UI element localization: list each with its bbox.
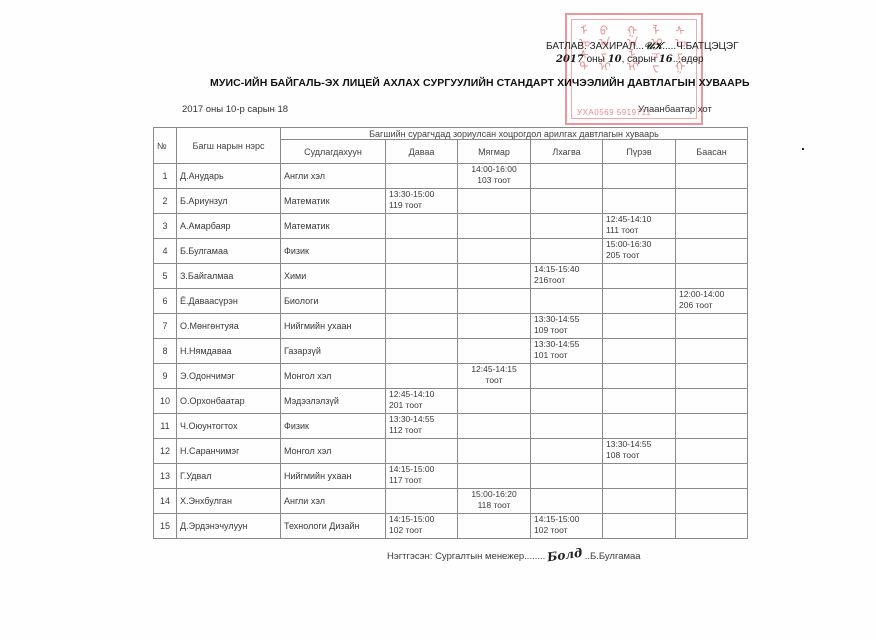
row-number: 14 [154, 489, 177, 514]
schedule-slot [458, 439, 531, 464]
subject-name: Нийгмийн ухаан [281, 314, 386, 339]
manager-signature: Болд [546, 546, 583, 565]
teacher-name: Ч.Оюунтогтох [177, 414, 281, 439]
schedule-slot [386, 289, 458, 314]
schedule-slot [386, 264, 458, 289]
schedule-slot: 13:30-14:55112 тоот [386, 414, 458, 439]
schedule-slot [603, 164, 676, 189]
slot-room: 102 тоот [389, 525, 454, 536]
teacher-name: Б.Булгамаа [177, 239, 281, 264]
table-row: 10О.ОрхонбаатарМэдээлэлзүй12:45-14:10201… [154, 389, 748, 414]
schedule-slot [386, 239, 458, 264]
schedule-slot [458, 264, 531, 289]
slot-time: 12:45-14:10 [606, 214, 672, 225]
compiled-by-label: Нэгтгэсэн: Сургалтын менежер [387, 551, 524, 562]
document-date: 2017 оны 10-р сарын 18 [182, 104, 288, 115]
schedule-slot [531, 189, 603, 214]
teacher-name: Н.Нямдаваа [177, 339, 281, 364]
schedule-slot [386, 364, 458, 389]
row-number: 15 [154, 514, 177, 539]
teacher-name: Б.Ариунзул [177, 189, 281, 214]
row-number: 4 [154, 239, 177, 264]
principal-name: Ч.БАТЦЭЦЭГ [676, 41, 738, 52]
schedule-slot: 13:30-14:55101 тоот [531, 339, 603, 364]
row-number: 13 [154, 464, 177, 489]
schedule-slot [458, 289, 531, 314]
schedule-slot [386, 339, 458, 364]
schedule-slot [386, 164, 458, 189]
schedule-slot: 14:15-15:00102 тоот [531, 514, 603, 539]
schedule-slot: 14:15-15:40216тоот [531, 264, 603, 289]
schedule-slot [458, 214, 531, 239]
schedule-slot [676, 389, 748, 414]
schedule-slot [603, 339, 676, 364]
row-number: 7 [154, 314, 177, 339]
schedule-slot [458, 389, 531, 414]
subject-name: Математик [281, 214, 386, 239]
slot-time: 13:30-15:00 [389, 189, 454, 200]
subject-name: Нийгмийн ухаан [281, 464, 386, 489]
schedule-slot [531, 439, 603, 464]
slot-room: 112 тоот [389, 425, 454, 436]
slot-room: 102 тоот [534, 525, 599, 536]
slot-time: 14:15-15:40 [534, 264, 599, 275]
schedule-slot [458, 339, 531, 364]
subject-name: Газарзүй [281, 339, 386, 364]
schedule-slot: 12:45-14:10111 тоот [603, 214, 676, 239]
subject-name: Монгол хэл [281, 439, 386, 464]
approval-date: 2017 оны 10, сарын 16...өдөр [556, 54, 704, 65]
schedule-slot [531, 164, 603, 189]
schedule-slot [676, 264, 748, 289]
subject-name: Хими [281, 264, 386, 289]
header-day-monday: Даваа [386, 140, 458, 164]
schedule-slot: 14:00-16:00103 тоот [458, 164, 531, 189]
table-row: 1Д.АнударьАнгли хэл14:00-16:00103 тоот [154, 164, 748, 189]
slot-time: 12:45-14:10 [389, 389, 454, 400]
table-row: 14Х.ЭнхбулганАнгли хэл15:00-16:20118 тоо… [154, 489, 748, 514]
row-number: 12 [154, 439, 177, 464]
row-number: 6 [154, 289, 177, 314]
row-number: 8 [154, 339, 177, 364]
table-row: 5З.БайгалмааХими14:15-15:40216тоот [154, 264, 748, 289]
schedule-slot: 12:45-14:10201 тоот [386, 389, 458, 414]
table-row: 11Ч.ОюунтогтохФизик13:30-14:55112 тоот [154, 414, 748, 439]
schedule-slot [603, 314, 676, 339]
schedule-slot [676, 439, 748, 464]
schedule-slot [531, 214, 603, 239]
table-row: 8Н.НямдавааГазарзүй13:30-14:55101 тоот [154, 339, 748, 364]
subject-name: Технологи Дизайн [281, 514, 386, 539]
approval-year-label: оны [587, 54, 605, 65]
schedule-slot: 14:15-15:00102 тоот [386, 514, 458, 539]
slot-room: 109 тоот [534, 325, 599, 336]
schedule-slot [531, 239, 603, 264]
slot-time: 14:15-15:00 [389, 464, 454, 475]
schedule-slot [603, 289, 676, 314]
header-day-wednesday: Лхагва [531, 140, 603, 164]
slot-room: 216тоот [534, 275, 599, 286]
schedule-slot [676, 489, 748, 514]
approval-year: 2017 [556, 54, 584, 65]
approval-month: 10 [608, 54, 622, 65]
subject-name: Физик [281, 239, 386, 264]
teacher-name: Ё.Даваасүрэн [177, 289, 281, 314]
schedule-slot: 14:15-15:00117 тоот [386, 464, 458, 489]
schedule-slot [676, 514, 748, 539]
teacher-name: Д.Эрдэнэчулуун [177, 514, 281, 539]
table-row: 9Э.ОдончимэгМонгол хэл12:45-14:15тоот [154, 364, 748, 389]
compiled-by-line: Нэгтгэсэн: Сургалтын менежер........Болд… [387, 548, 641, 562]
schedule-slot [531, 289, 603, 314]
schedule-slot [603, 389, 676, 414]
schedule-slot [458, 239, 531, 264]
row-number: 1 [154, 164, 177, 189]
slot-room: 117 тоот [389, 475, 454, 486]
slot-time: 14:15-15:00 [534, 514, 599, 525]
schedule-slot [676, 239, 748, 264]
slot-room: 103 тоот [461, 175, 527, 186]
slot-room: 206 тоот [679, 300, 744, 311]
table-row: 15Д.ЭрдэнэчулуунТехнологи Дизайн14:15-15… [154, 514, 748, 539]
schedule-slot [531, 364, 603, 389]
teacher-name: Х.Энхбулган [177, 489, 281, 514]
schedule-slot [531, 489, 603, 514]
slot-time: 13:30-14:55 [534, 339, 599, 350]
table-row: 6Ё.ДаваасүрэнБиологи12:00-14:00206 тоот [154, 289, 748, 314]
schedule-slot [676, 214, 748, 239]
subject-name: Англи хэл [281, 164, 386, 189]
table-row: 4Б.БулгамааФизик15:00-16:30205 тоот [154, 239, 748, 264]
schedule-slot: 13:30-14:55109 тоот [531, 314, 603, 339]
teacher-name: Д.Анударь [177, 164, 281, 189]
slot-time: 14:00-16:00 [461, 164, 527, 175]
table-row: 12Н.СаранчимэгМонгол хэл13:30-14:55108 т… [154, 439, 748, 464]
slot-room: тоот [461, 375, 527, 386]
row-number: 3 [154, 214, 177, 239]
schedule-slot [386, 439, 458, 464]
schedule-slot [603, 489, 676, 514]
schedule-slot [458, 464, 531, 489]
approval-day-label: өдөр [681, 54, 704, 65]
row-number: 11 [154, 414, 177, 439]
principal-signature: 𝒰𝒦 [644, 41, 662, 52]
teacher-name: А.Амарбаяр [177, 214, 281, 239]
slot-room: 201 тоот [389, 400, 454, 411]
schedule-slot: 15:00-16:20118 тоот [458, 489, 531, 514]
schedule-slot [676, 314, 748, 339]
slot-time: 13:30-14:55 [534, 314, 599, 325]
header-subject: Судлагдахуун [281, 140, 386, 164]
row-number: 2 [154, 189, 177, 214]
row-number: 5 [154, 264, 177, 289]
slot-room: 119 тоот [389, 200, 454, 211]
schedule-slot [603, 189, 676, 214]
schedule-slot [676, 164, 748, 189]
subject-name: Биологи [281, 289, 386, 314]
slot-room: 205 тоот [606, 250, 672, 261]
approval-line: БАТЛАВ. ЗАХИРАЛ...𝒰𝒦.....Ч.БАТЦЭЦЭГ [546, 41, 739, 52]
table-row: 2Б.АриунзулМатематик13:30-15:00119 тоот [154, 189, 748, 214]
schedule-body: 1Д.АнударьАнгли хэл14:00-16:00103 тоот2Б… [154, 164, 748, 539]
schedule-slot [531, 464, 603, 489]
schedule-slot [386, 214, 458, 239]
subject-name: Математик [281, 189, 386, 214]
slot-time: 15:00-16:20 [461, 489, 527, 500]
teacher-name: Н.Саранчимэг [177, 439, 281, 464]
table-row: 7О.МөнгөнтуяаНийгмийн ухаан13:30-14:5510… [154, 314, 748, 339]
slot-time: 13:30-14:55 [389, 414, 454, 425]
schedule-slot [458, 314, 531, 339]
schedule-slot [603, 414, 676, 439]
teacher-name: Э.Одончимэг [177, 364, 281, 389]
subject-name: Физик [281, 414, 386, 439]
header-teacher: Багш нарын нэрс [177, 128, 281, 164]
subject-name: Монгол хэл [281, 364, 386, 389]
schedule-slot [676, 464, 748, 489]
schedule-slot: 13:30-15:00119 тоот [386, 189, 458, 214]
row-number: 10 [154, 389, 177, 414]
schedule-slot [386, 314, 458, 339]
schedule-slot: 12:45-14:15тоот [458, 364, 531, 389]
header-day-thursday: Пүрэв [603, 140, 676, 164]
schedule-slot [603, 364, 676, 389]
schedule-slot: 15:00-16:30205 тоот [603, 239, 676, 264]
header-group: Багшийн сурагчдад зориулсан хоцрогдол ар… [281, 128, 748, 140]
schedule-table: № Багш нарын нэрс Багшийн сурагчдад зори… [153, 127, 748, 539]
slot-room: 118 тоот [461, 500, 527, 511]
schedule-slot: 12:00-14:00206 тоот [676, 289, 748, 314]
row-number: 9 [154, 364, 177, 389]
slot-time: 14:15-15:00 [389, 514, 454, 525]
schedule-slot [603, 264, 676, 289]
schedule-slot: 13:30-14:55108 тоот [603, 439, 676, 464]
schedule-slot [531, 414, 603, 439]
schedule-slot [531, 389, 603, 414]
slot-time: 15:00-16:30 [606, 239, 672, 250]
document-city: Улаанбаатар хот [638, 104, 712, 115]
teacher-name: Г.Удвал [177, 464, 281, 489]
manager-name: Б.Булгамаа [590, 551, 641, 562]
schedule-slot [676, 364, 748, 389]
subject-name: Англи хэл [281, 489, 386, 514]
subject-name: Мэдээлэлзүй [281, 389, 386, 414]
scan-speck [802, 148, 804, 150]
approval-day: 16 [659, 54, 673, 65]
schedule-slot [603, 464, 676, 489]
approval-month-label: сарын [627, 54, 656, 65]
header-number: № [154, 128, 177, 164]
schedule-slot [676, 414, 748, 439]
schedule-slot [458, 189, 531, 214]
table-row: 13Г.УдвалНийгмийн ухаан14:15-15:00117 то… [154, 464, 748, 489]
schedule-slot [386, 489, 458, 514]
schedule-slot [676, 189, 748, 214]
slot-room: 101 тоот [534, 350, 599, 361]
slot-room: 111 тоот [606, 225, 672, 236]
slot-time: 12:45-14:15 [461, 364, 527, 375]
slot-time: 12:00-14:00 [679, 289, 744, 300]
teacher-name: О.Орхонбаатар [177, 389, 281, 414]
header-day-friday: Баасан [676, 140, 748, 164]
header-day-tuesday: Мягмар [458, 140, 531, 164]
schedule-slot [458, 514, 531, 539]
schedule-slot [458, 414, 531, 439]
table-row: 3А.АмарбаярМатематик12:45-14:10111 тоот [154, 214, 748, 239]
slot-time: 13:30-14:55 [606, 439, 672, 450]
teacher-name: З.Байгалмаа [177, 264, 281, 289]
slot-room: 108 тоот [606, 450, 672, 461]
approval-prefix: БАТЛАВ. ЗАХИРАЛ [546, 41, 636, 52]
schedule-slot [603, 514, 676, 539]
teacher-name: О.Мөнгөнтуяа [177, 314, 281, 339]
schedule-slot [676, 339, 748, 364]
document-title: МУИС-ИЙН БАЙГАЛЬ-ЭХ ЛИЦЕЙ АХЛАХ СУРГУУЛИ… [210, 77, 750, 89]
